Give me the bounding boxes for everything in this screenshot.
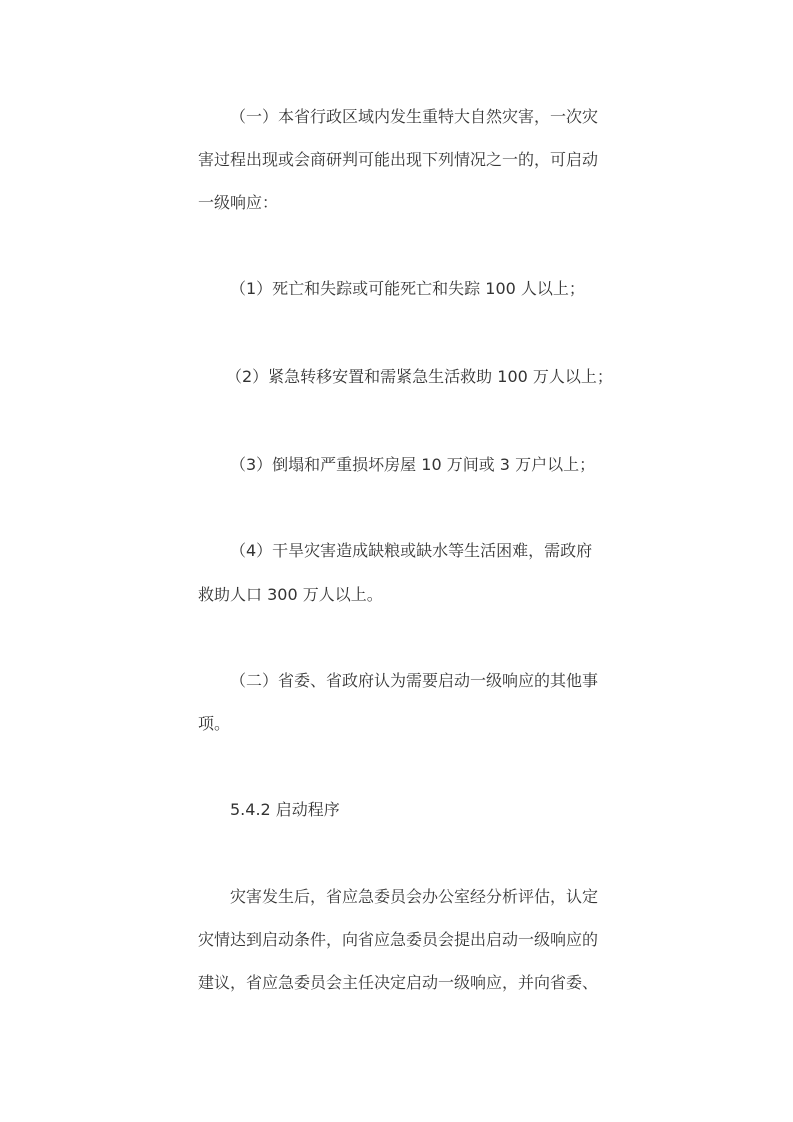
paragraph-3-line-2: 灾情达到启动条件，向省应急委员会提出启动一级响应的	[198, 930, 598, 950]
condition-4-line-1: （4）干旱灾害造成缺粮或缺水等生活困难，需政府	[230, 541, 592, 561]
condition-2: （2）紧急转移安置和需紧急生活救助 100 万人以上；	[226, 367, 613, 387]
paragraph-1-line-3: 一级响应：	[198, 193, 278, 213]
paragraph-1-line-2: 害过程出现或会商研判可能出现下列情况之一的，可启动	[198, 150, 598, 170]
paragraph-3-line-1: 灾害发生后，省应急委员会办公室经分析评估，认定	[230, 887, 598, 907]
condition-3: （3）倒塌和严重损坏房屋 10 万间或 3 万户以上；	[230, 455, 595, 475]
paragraph-1-line-1: （一）本省行政区域内发生重特大自然灾害，一次灾	[230, 107, 598, 127]
condition-1: （1）死亡和失踪或可能死亡和失踪 100 人以上；	[230, 279, 585, 299]
paragraph-2-line-2: 项。	[198, 714, 230, 734]
section-heading: 5.4.2 启动程序	[230, 800, 340, 820]
paragraph-2-line-1: （二）省委、省政府认为需要启动一级响应的其他事	[230, 671, 598, 691]
paragraph-3-line-3: 建议，省应急委员会主任决定启动一级响应，并向省委、	[198, 973, 598, 993]
condition-4-line-2: 救助人口 300 万人以上。	[198, 585, 383, 605]
